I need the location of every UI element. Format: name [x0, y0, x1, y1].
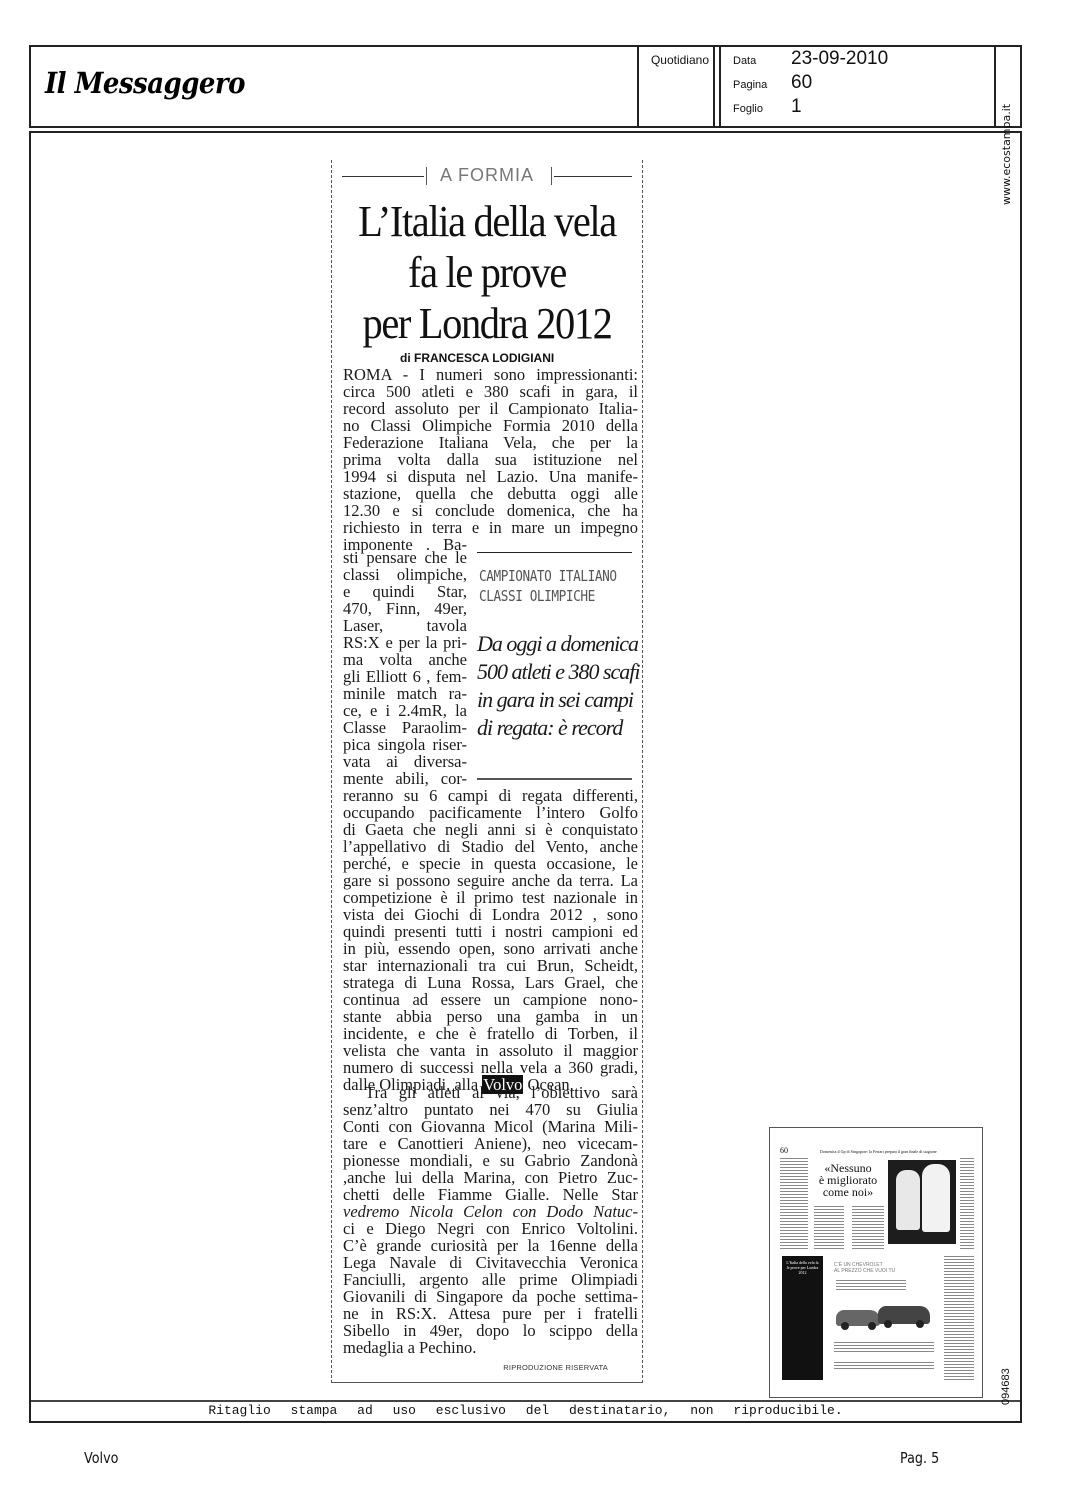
quote-line: Da oggi a domenica [477, 630, 637, 658]
thumb-photo-figure [896, 1170, 920, 1230]
article-title: L’Italia della vela fa le prove per Lond… [332, 196, 642, 349]
publication-type-box: Quotidiano [637, 47, 715, 126]
paragraph-4: Tra gli atleti al via, l’obiettivo sarà … [343, 1084, 638, 1356]
wheel-icon [841, 1322, 849, 1330]
box-caption: CAMPIONATO ITALIANO CLASSI OLIMPICHE [479, 566, 617, 606]
text-line: in più, essendo open, sono arrivati anch… [343, 940, 638, 957]
text-line: richiesto in terra e in mare un impegno [343, 519, 638, 536]
text-line: tare e Canottieri Aniene), neo vicecam- [343, 1135, 638, 1152]
text-line: Laser, tavola [343, 617, 467, 634]
text-line: e quindi Star, [343, 583, 467, 600]
text-line: incidente, e che è fratello di Torben, i… [343, 1025, 638, 1042]
text-line: Sibello in 49er, dopo lo scippo della [343, 1322, 638, 1339]
thumb-strapline: Domenica il Gp di Singapore: la Ferrari … [820, 1149, 937, 1154]
thumb-photo [888, 1160, 956, 1244]
text-line: ne in RS:X. Attesa pure per i fratelli [343, 1305, 638, 1322]
text-line: chetti delle Fiamme Gialle. Nelle Star [343, 1186, 638, 1203]
thumb-car-advert: C’È UN CHEVROLET AL PREZZO CHE VUOI TU [828, 1254, 940, 1382]
text-line: perché, e specie in questa occasione, le [343, 855, 638, 872]
text-line: ROMA - I numeri sono impressionanti: [343, 366, 638, 383]
text-line: Classe Paraolim- [343, 719, 467, 736]
title-line: per Londra 2012 [344, 298, 629, 349]
text-line: ce, e i 2.4mR, la [343, 702, 467, 719]
text-line: vata ai diversa- [343, 753, 467, 770]
quote-line: in gara in sei campi [477, 686, 637, 714]
thumb-headline-line: come noi» [813, 1186, 883, 1198]
thumb-text-column [852, 1206, 884, 1250]
text-line: pionesse mondiali, e su Gabrio Zandonà [343, 1152, 638, 1169]
thumb-article-highlight: L’Italia della vela fa le prove per Lond… [782, 1256, 823, 1380]
text-line: stratega di Luna Rossa, Lars Grael, che [343, 974, 638, 991]
disclaimer-strip: Ritaglio stampa ad uso esclusivo del des… [31, 1400, 1020, 1421]
text-line: reranno su 6 campi di regata differenti, [343, 787, 638, 804]
text-line: gli Elliott 6 , fem- [343, 668, 467, 685]
client-name: Volvo [84, 1449, 118, 1467]
page-thumbnail: 60 Domenica il Gp di Singapore: la Ferra… [769, 1127, 983, 1398]
thumb-page-number: 60 [780, 1146, 788, 1155]
wheel-icon [916, 1320, 924, 1328]
box-quote: Da oggi a domenica 500 atleti e 380 scaf… [477, 630, 637, 742]
masthead-logo: Il Messaggero [45, 68, 245, 101]
paragraph-3: reranno su 6 campi di regata differenti,… [343, 787, 638, 1093]
text-line: 12.30 e si conclude domenica, che ha [343, 502, 638, 519]
text-line: vista dei Giochi di Londra 2012 , sono [343, 906, 638, 923]
meta-label: Pagina [733, 79, 793, 91]
thumb-ad-copy [836, 1280, 906, 1292]
text-line-italic: vedremo Nicola Celon con Dodo Natuc- [343, 1203, 638, 1220]
ad-text-line: AL PREZZO CHE VUOI TU [834, 1268, 895, 1274]
paragraph-1: ROMA - I numeri sono impressionanti: cir… [343, 366, 638, 553]
quote-line: di regata: è record [477, 714, 637, 742]
side-url: www.ecostampa.it [1000, 104, 1013, 205]
box-rule-top [477, 552, 632, 553]
text-line: sti pensare che le [343, 549, 467, 566]
meta-value-sheet: 1 [791, 96, 802, 118]
text-line: continua ad essere un campione nono- [343, 991, 638, 1008]
text-line: prima volta dalla sua istituzione nel [343, 451, 638, 468]
text-line: mente abili, cor- [343, 770, 467, 787]
meta-label: Foglio [733, 103, 793, 115]
thumb-mini-title: L’Italia della vela fa le prove per Lond… [785, 1260, 820, 1275]
text-line: velista che vanta in assoluto il maggior [343, 1042, 638, 1059]
text-line: minile match ra- [343, 685, 467, 702]
text-line: Federazione Italiana Vela, che per la [343, 434, 638, 451]
thumb-text-column [780, 1158, 808, 1250]
thumb-text-column [814, 1206, 844, 1250]
text-line: gare si possono seguire anche da terra. … [343, 872, 638, 889]
box-rule-bottom [477, 778, 632, 780]
article-clipping: A FORMIA L’Italia della vela fa le prove… [331, 160, 643, 1383]
wheel-icon [884, 1320, 892, 1328]
text-line: ma volta anche [343, 651, 467, 668]
text-line: circa 500 atleti e 380 scafi in gara, il [343, 383, 638, 400]
title-line: fa le prove [344, 247, 629, 298]
thumb-text-column [944, 1256, 974, 1380]
text-line: Giovanili di Singapore da poche settima- [343, 1288, 638, 1305]
text-line: Lega Navale di Civitavecchia Veronica [343, 1254, 638, 1271]
meta-box: Data 23-09-2010 Pagina 60 Foglio 1 [719, 47, 996, 126]
text-line: Conti con Giovanna Micol (Marina Mili- [343, 1118, 638, 1135]
paragraph-2-narrow: sti pensare che le classi olimpiche, e q… [343, 549, 467, 787]
text-line: pica singola riser- [343, 736, 467, 753]
text-line: ,anche lui della Marina, con Pietro Zuc- [343, 1169, 638, 1186]
text-line: stante abbia perso una gamba in un [343, 1008, 638, 1025]
thumb-photo-figure [922, 1164, 950, 1232]
text-line: occupando pacificamente l’intero Golfo [343, 804, 638, 821]
text-line: quindi presenti tutti i nostri campioni … [343, 923, 638, 940]
text-line: numero di successi nella vela a 360 grad… [343, 1059, 638, 1076]
kicker: A FORMIA [342, 165, 632, 187]
text-line: 470, Finn, 49er, [343, 600, 467, 617]
title-line: L’Italia della vela [344, 196, 629, 247]
page-number: Pag. 5 [900, 1449, 939, 1467]
reproduction-notice: RIPRODUZIONE RISERVATA [503, 1363, 608, 1372]
caption-line: CAMPIONATO ITALIANO [479, 566, 617, 586]
text-line: medaglia a Pechino. [343, 1339, 638, 1356]
text-line: C’è grande curiosità per la 16enne della [343, 1237, 638, 1254]
disclaimer-text: Ritaglio stampa ad uso esclusivo del des… [31, 1403, 1020, 1418]
text-line: star internazionali tra cui Brun, Scheid… [343, 957, 638, 974]
kicker-rule [554, 176, 632, 177]
quote-line: 500 atleti e 380 scafi [477, 658, 637, 686]
side-code: 094683 [1000, 1368, 1012, 1405]
text-line: di Gaeta che negli anni si è conquistato [343, 821, 638, 838]
text-line: RS:X e per la pri- [343, 634, 467, 651]
thumb-ad-copy [834, 1362, 934, 1370]
text-line: classi olimpiche, [343, 566, 467, 583]
text-line: record assoluto per il Campionato Italia… [343, 400, 638, 417]
text-line: 1994 si disputa nel Lazio. Una manife- [343, 468, 638, 485]
thumb-ad-copy [834, 1342, 934, 1352]
text-line: Fanciulli, argento alle prime Olimpiadi [343, 1271, 638, 1288]
meta-label: Data [733, 55, 793, 67]
meta-value-date: 23-09-2010 [791, 48, 888, 70]
publication-type: Quotidiano [651, 53, 709, 67]
text-line: ci e Diego Negri con Enrico Voltolini. [343, 1220, 638, 1237]
thumb-text-column [960, 1158, 974, 1250]
clipping-header: Il Messaggero Quotidiano Data 23-09-2010… [29, 45, 1022, 128]
byline: di FRANCESCA LODIGIANI [400, 351, 554, 365]
wheel-icon [868, 1322, 876, 1330]
text-line: senz’altro puntato nei 470 su Giulia [343, 1101, 638, 1118]
text-line: l’appellativo di Stadio del Vento, anche [343, 838, 638, 855]
text-line: Tra gli atleti al via, l’obiettivo sarà [343, 1084, 638, 1101]
text-line: no Classi Olimpiche Formia 2010 della [343, 417, 638, 434]
meta-value-page: 60 [791, 72, 812, 94]
text-line: stazione, quella che debutta oggi alle [343, 485, 638, 502]
thumb-headline: «Nessuno è migliorato come noi» [813, 1162, 883, 1198]
text-line: competizione è il primo test nazionale i… [343, 889, 638, 906]
caption-line: CLASSI OLIMPICHE [479, 586, 617, 606]
kicker-tick [551, 167, 552, 185]
thumb-ad-text: C’È UN CHEVROLET AL PREZZO CHE VUOI TU [834, 1262, 895, 1274]
